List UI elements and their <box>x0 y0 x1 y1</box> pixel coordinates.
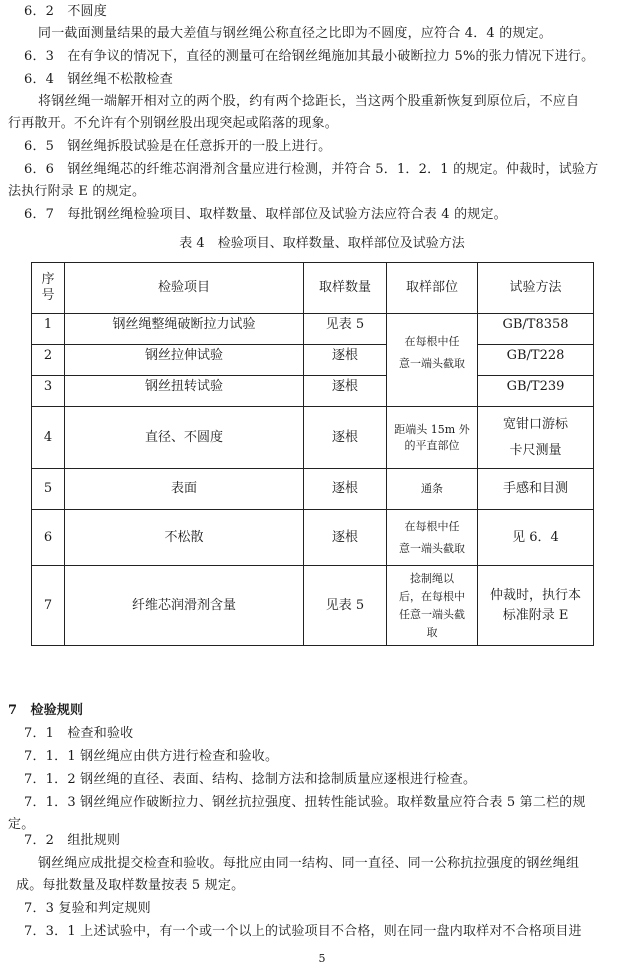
cell-item: 纤维芯润滑剂含量 <box>65 566 304 646</box>
clause-6-6-line1: 6．6 钢丝绳绳芯的纤维芯润滑剂含量应进行检测，并符合 5．1．2．1 的规定。… <box>24 162 598 178</box>
location-line3: 任意一端头截 <box>387 606 477 624</box>
location-line2: 的平直部位 <box>387 438 477 454</box>
header-seq-line2: 号 <box>32 288 64 304</box>
cell-item: 钢丝扭转试验 <box>65 376 304 407</box>
header-seq: 序 号 <box>32 263 65 314</box>
cell-item: 钢丝绳整绳破断拉力试验 <box>65 314 304 345</box>
header-quantity: 取样数量 <box>304 263 387 314</box>
clause-6-4-title: 6．4 钢丝绳不松散检查 <box>24 72 173 88</box>
cell-location: 捻制绳以 后，在每根中 任意一端头截 取 <box>387 566 478 646</box>
location-line1: 距端头 15m 外 <box>387 422 477 438</box>
cell-seq: 5 <box>32 469 65 510</box>
cell-quantity: 逐根 <box>304 345 387 376</box>
page-number: 5 <box>0 952 644 965</box>
table-row: 1 钢丝绳整绳破断拉力试验 见表 5 在每根中任 意一端头截取 GB/T8358 <box>32 314 594 345</box>
cell-method: 手感和目测 <box>478 469 594 510</box>
cell-item: 钢丝拉伸试验 <box>65 345 304 376</box>
clause-7-1: 7．1 检查和验收 <box>24 726 133 742</box>
clause-6-3: 6．3 在有争议的情况下，直径的测量可在给钢丝绳施加其最小破断拉力 5%的张力情… <box>24 49 594 65</box>
cell-location: 距端头 15m 外 的平直部位 <box>387 407 478 469</box>
clause-6-5: 6．5 钢丝绳拆股试验是在任意拆开的一股上进行。 <box>24 139 331 155</box>
cell-location: 通条 <box>387 469 478 510</box>
clause-7-3: 7．3 复验和判定规则 <box>24 901 151 917</box>
table-row: 2 钢丝拉伸试验 逐根 GB/T228 <box>32 345 594 376</box>
clause-7-1-2: 7．1．2 钢丝绳的直径、表面、结构、捻制方法和捻制质量应逐根进行检查。 <box>24 772 476 788</box>
cell-method: GB/T8358 <box>478 314 594 345</box>
location-line4: 取 <box>387 624 477 642</box>
cell-seq: 7 <box>32 566 65 646</box>
clause-7-3-1: 7．3．1 上述试验中，有一个或一个以上的试验项目不合格，则在同一盘内取样对不合… <box>24 924 582 940</box>
table-row: 5 表面 逐根 通条 手感和目测 <box>32 469 594 510</box>
cell-method: GB/T228 <box>478 345 594 376</box>
table-row: 7 纤维芯润滑剂含量 见表 5 捻制绳以 后，在每根中 任意一端头截 取 仲裁时… <box>32 566 594 646</box>
cell-method: 见 6．4 <box>478 510 594 566</box>
method-line1: 宽钳口游标 <box>478 412 593 438</box>
cell-location: 在每根中任 意一端头截取 <box>387 510 478 566</box>
cell-item: 表面 <box>65 469 304 510</box>
clause-6-7: 6．7 每批钢丝绳检验项目、取样数量、取样部位及试验方法应符合表 4 的规定。 <box>24 207 507 223</box>
header-location: 取样部位 <box>387 263 478 314</box>
location-merged-line1: 在每根中任 <box>387 331 477 353</box>
header-seq-line1: 序 <box>32 272 64 288</box>
cell-method: GB/T239 <box>478 376 594 407</box>
cell-item: 直径、不圆度 <box>65 407 304 469</box>
location-line2: 意一端头截取 <box>387 538 477 560</box>
cell-seq: 3 <box>32 376 65 407</box>
clause-6-2-title: 6．2 不圆度 <box>24 4 107 20</box>
location-merged-line2: 意一端头截取 <box>387 353 477 375</box>
header-method: 试验方法 <box>478 263 594 314</box>
cell-quantity: 逐根 <box>304 407 387 469</box>
header-item: 检验项目 <box>65 263 304 314</box>
cell-method: 仲裁时，执行本 标准附录 E <box>478 566 594 646</box>
cell-quantity: 见表 5 <box>304 566 387 646</box>
table-4: 序 号 检验项目 取样数量 取样部位 试验方法 1 钢丝绳整绳破断拉力试验 见表… <box>31 262 594 646</box>
cell-quantity: 逐根 <box>304 469 387 510</box>
clause-6-4-body-line1: 将钢丝绳一端解开相对立的两个股，约有两个捻距长，当这两个股重新恢复到原位后，不应… <box>38 94 579 110</box>
method-line2: 标准附录 E <box>478 606 593 626</box>
clause-7-2-body-line2: 成。每批数量及取样数量按表 5 规定。 <box>16 878 244 894</box>
clause-7-2: 7．2 组批规则 <box>24 833 120 849</box>
location-line2: 后，在每根中 <box>387 588 477 606</box>
clause-6-6-line2: 法执行附录 E 的规定。 <box>8 184 145 200</box>
cell-seq: 4 <box>32 407 65 469</box>
cell-quantity: 见表 5 <box>304 314 387 345</box>
table-4-caption: 表 4 检验项目、取样数量、取样部位及试验方法 <box>0 236 644 252</box>
clause-6-2-body: 同一截面测量结果的最大差值与钢丝绳公称直径之比即为不圆度，应符合 4．4 的规定… <box>38 26 552 42</box>
method-line2: 卡尺测量 <box>478 438 593 464</box>
cell-quantity: 逐根 <box>304 510 387 566</box>
table-row: 3 钢丝扭转试验 逐根 GB/T239 <box>32 376 594 407</box>
cell-quantity: 逐根 <box>304 376 387 407</box>
table-row: 4 直径、不圆度 逐根 距端头 15m 外 的平直部位 宽钳口游标 卡尺测量 <box>32 407 594 469</box>
clause-7-1-3-line2: 定。 <box>8 817 34 833</box>
location-line1: 在每根中任 <box>387 516 477 538</box>
cell-method: 宽钳口游标 卡尺测量 <box>478 407 594 469</box>
cell-location-merged: 在每根中任 意一端头截取 <box>387 314 478 407</box>
clause-7-1-1: 7．1．1 钢丝绳应由供方进行检查和验收。 <box>24 749 278 765</box>
cell-seq: 2 <box>32 345 65 376</box>
cell-seq: 1 <box>32 314 65 345</box>
method-line1: 仲裁时，执行本 <box>478 586 593 606</box>
cell-seq: 6 <box>32 510 65 566</box>
clause-6-4-body-line2: 行再散开。不允许有个别钢丝股出现突起或陷落的现象。 <box>8 116 338 132</box>
location-line1: 捻制绳以 <box>387 570 477 588</box>
table-header-row: 序 号 检验项目 取样数量 取样部位 试验方法 <box>32 263 594 314</box>
section-7-heading: 7 检验规则 <box>8 703 83 719</box>
location-text: 通条 <box>421 482 443 495</box>
table-row: 6 不松散 逐根 在每根中任 意一端头截取 见 6．4 <box>32 510 594 566</box>
cell-item: 不松散 <box>65 510 304 566</box>
clause-7-2-body-line1: 钢丝绳应成批提交检查和验收。每批应由同一结构、同一直径、同一公称抗拉强度的钢丝绳… <box>38 856 579 872</box>
clause-7-1-3-line1: 7．1．3 钢丝绳应作破断拉力、钢丝抗拉强度、扭转性能试验。取样数量应符合表 5… <box>24 795 586 811</box>
